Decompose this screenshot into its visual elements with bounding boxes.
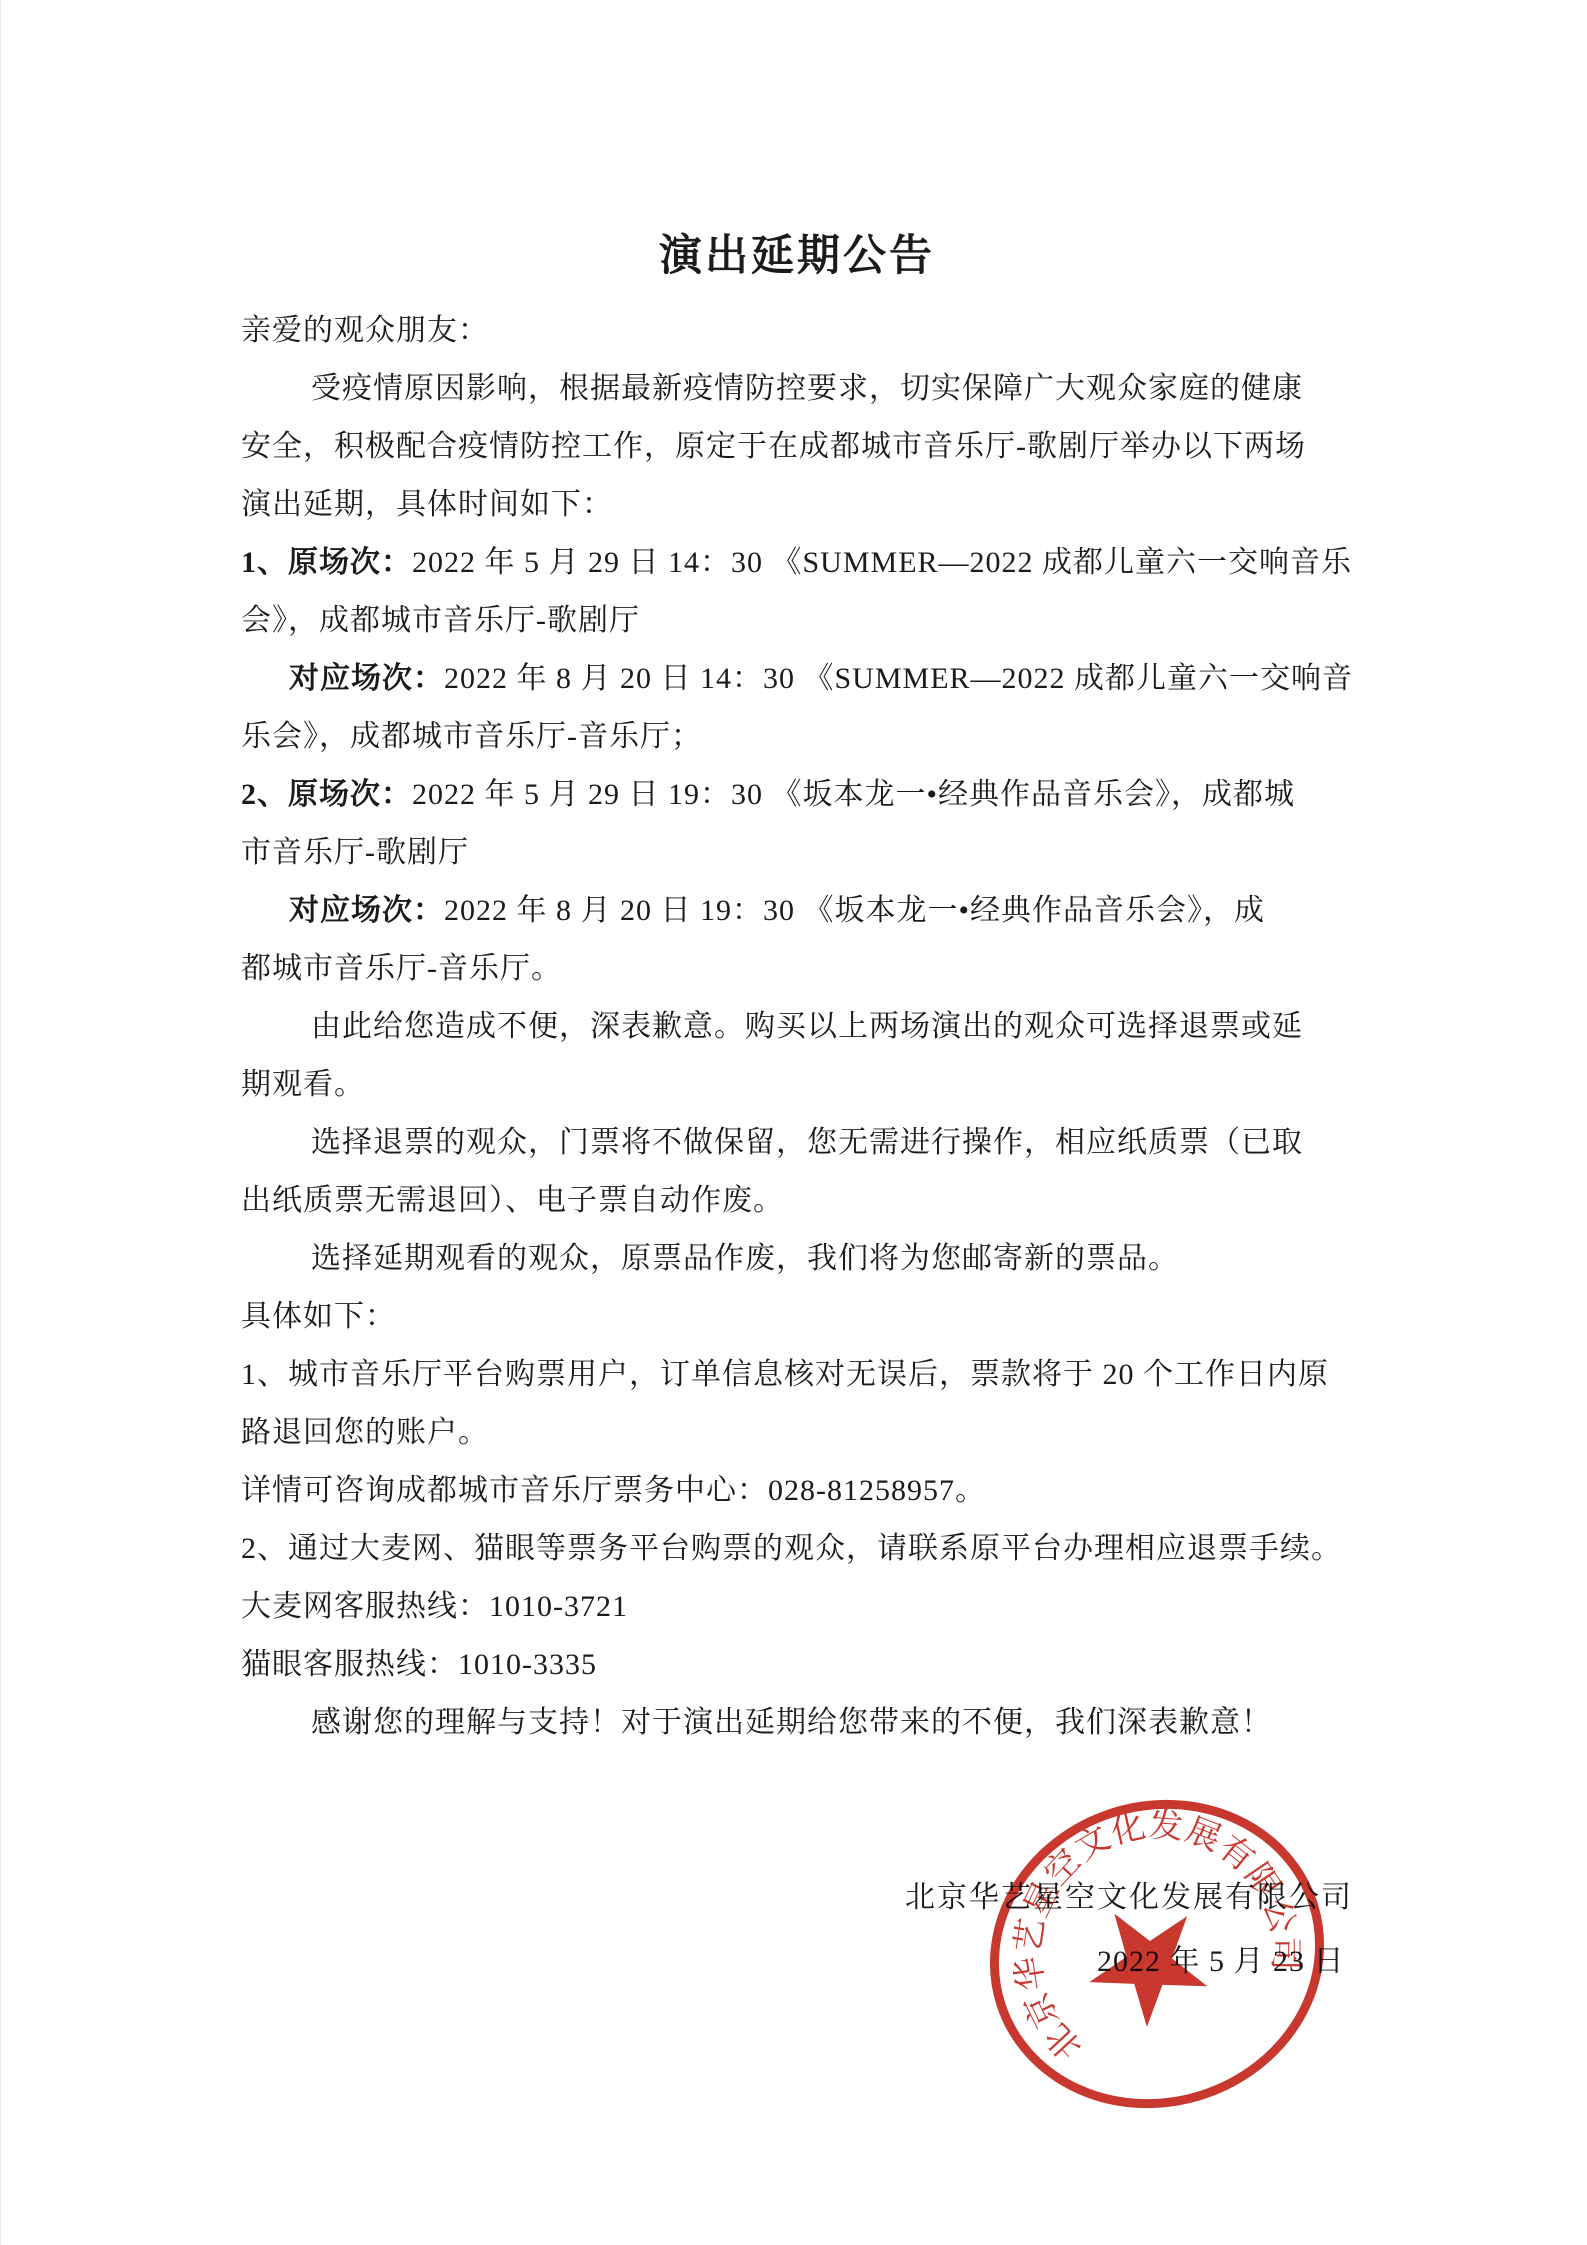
text-line: 都城市音乐厅-音乐厅。 bbox=[241, 940, 1353, 998]
text-line: 出纸质票无需退回）、电子票自动作废。 bbox=[241, 1172, 1353, 1230]
line-text: 感谢您的理解与支持！对于演出延期给您带来的不便，我们深表歉意！ bbox=[311, 1706, 1272, 1739]
text-line: 感谢您的理解与支持！对于演出延期给您带来的不便，我们深表歉意！ bbox=[241, 1694, 1353, 1752]
line-text: 详情可咨询成都城市音乐厅票务中心：028-81258957。 bbox=[241, 1474, 986, 1507]
seal-text: 北京华艺星空文化发展有限公司 bbox=[983, 1796, 1320, 2073]
text-line: 对应场次：2022 年 8 月 20 日 14：30 《SUMMER—2022 … bbox=[241, 650, 1353, 708]
line-text: 受疫情原因影响，根据最新疫情防控要求，切实保障广大观众家庭的健康 bbox=[311, 372, 1303, 405]
line-text: 选择退票的观众，门票将不做保留，您无需进行操作，相应纸质票（已取 bbox=[311, 1126, 1303, 1159]
text-line: 由此给您造成不便，深表歉意。购买以上两场演出的观众可选择退票或延 bbox=[241, 998, 1353, 1056]
text-line: 演出延期，具体时间如下： bbox=[241, 476, 1353, 534]
text-line: 亲爱的观众朋友： bbox=[241, 302, 1353, 360]
text-line: 具体如下： bbox=[241, 1288, 1353, 1346]
line-text: 乐会》，成都城市音乐厅-音乐厅； bbox=[241, 720, 702, 753]
text-line: 期观看。 bbox=[241, 1056, 1353, 1114]
announcement-document: 演出延期公告 亲爱的观众朋友：受疫情原因影响，根据最新疫情防控要求，切实保障广大… bbox=[0, 0, 1587, 2245]
text-line: 乐会》，成都城市音乐厅-音乐厅； bbox=[241, 708, 1353, 766]
line-text: 选择延期观看的观众，原票品作废，我们将为您邮寄新的票品。 bbox=[311, 1242, 1179, 1275]
line-text: 都城市音乐厅-音乐厅。 bbox=[241, 952, 562, 985]
line-bold-prefix: 2、原场次： bbox=[241, 778, 412, 811]
seal-arc-text: 北京华艺星空文化发展有限公司 bbox=[983, 1796, 1320, 2073]
text-line: 会》，成都城市音乐厅-歌剧厅 bbox=[241, 592, 1353, 650]
line-bold-prefix: 对应场次： bbox=[289, 894, 444, 927]
text-line: 选择退票的观众，门票将不做保留，您无需进行操作，相应纸质票（已取 bbox=[241, 1114, 1353, 1172]
text-line: 受疫情原因影响，根据最新疫情防控要求，切实保障广大观众家庭的健康 bbox=[241, 360, 1353, 418]
line-text: 猫眼客服热线：1010-3335 bbox=[241, 1648, 597, 1681]
line-text: 2022 年 8 月 20 日 14：30 《SUMMER—2022 成都儿童六… bbox=[444, 662, 1353, 695]
line-bold-prefix: 1、原场次： bbox=[241, 546, 412, 579]
line-text: 出纸质票无需退回）、电子票自动作废。 bbox=[241, 1184, 784, 1217]
line-text: 2022 年 8 月 20 日 19：30 《坂本龙一•经典作品音乐会》，成 bbox=[444, 894, 1265, 927]
line-bold-prefix: 对应场次： bbox=[289, 662, 444, 695]
line-text: 亲爱的观众朋友： bbox=[241, 314, 489, 347]
line-text: 期观看。 bbox=[241, 1068, 365, 1101]
signature-date: 2022 年 5 月 23 日 bbox=[1097, 1942, 1345, 1982]
line-text: 由此给您造成不便，深表歉意。购买以上两场演出的观众可选择退票或延 bbox=[311, 1010, 1303, 1043]
line-text: 2022 年 5 月 29 日 19：30 《坂本龙一•经典作品音乐会》，成都城 bbox=[412, 778, 1295, 811]
line-text: 2、通过大麦网、猫眼等票务平台购票的观众，请联系原平台办理相应退票手续。 bbox=[241, 1532, 1342, 1565]
text-line: 对应场次：2022 年 8 月 20 日 19：30 《坂本龙一•经典作品音乐会… bbox=[241, 882, 1353, 940]
body-lines: 亲爱的观众朋友：受疫情原因影响，根据最新疫情防控要求，切实保障广大观众家庭的健康… bbox=[241, 302, 1353, 1752]
line-text: 会》，成都城市音乐厅-歌剧厅 bbox=[241, 604, 640, 637]
line-text: 1、城市音乐厅平台购票用户，订单信息核对无误后，票款将于 20 个工作日内原 bbox=[241, 1358, 1329, 1391]
text-line: 详情可咨询成都城市音乐厅票务中心：028-81258957。 bbox=[241, 1462, 1353, 1520]
text-line: 1、原场次：2022 年 5 月 29 日 14：30 《SUMMER—2022… bbox=[241, 534, 1353, 592]
text-line: 猫眼客服热线：1010-3335 bbox=[241, 1636, 1353, 1694]
text-line: 1、城市音乐厅平台购票用户，订单信息核对无误后，票款将于 20 个工作日内原 bbox=[241, 1346, 1353, 1404]
line-text: 演出延期，具体时间如下： bbox=[241, 488, 613, 521]
text-line: 2、通过大麦网、猫眼等票务平台购票的观众，请联系原平台办理相应退票手续。 bbox=[241, 1520, 1353, 1578]
line-text: 市音乐厅-歌剧厅 bbox=[241, 836, 469, 869]
text-line: 选择延期观看的观众，原票品作废，我们将为您邮寄新的票品。 bbox=[241, 1230, 1353, 1288]
signature-company: 北京华艺星空文化发展有限公司 bbox=[905, 1878, 1353, 1918]
page-title: 演出延期公告 bbox=[241, 224, 1353, 290]
line-text: 具体如下： bbox=[241, 1300, 396, 1333]
text-line: 路退回您的账户。 bbox=[241, 1404, 1353, 1462]
text-line: 市音乐厅-歌剧厅 bbox=[241, 824, 1353, 882]
line-text: 安全，积极配合疫情防控工作，原定于在成都城市音乐厅-歌剧厅举办以下两场 bbox=[241, 430, 1306, 463]
text-line: 安全，积极配合疫情防控工作，原定于在成都城市音乐厅-歌剧厅举办以下两场 bbox=[241, 418, 1353, 476]
text-line: 大麦网客服热线：1010-3721 bbox=[241, 1578, 1353, 1636]
line-text: 大麦网客服热线：1010-3721 bbox=[241, 1590, 628, 1623]
line-text: 路退回您的账户。 bbox=[241, 1416, 489, 1449]
line-text: 2022 年 5 月 29 日 14：30 《SUMMER—2022 成都儿童六… bbox=[412, 546, 1352, 579]
text-line: 2、原场次：2022 年 5 月 29 日 19：30 《坂本龙一•经典作品音乐… bbox=[241, 766, 1353, 824]
